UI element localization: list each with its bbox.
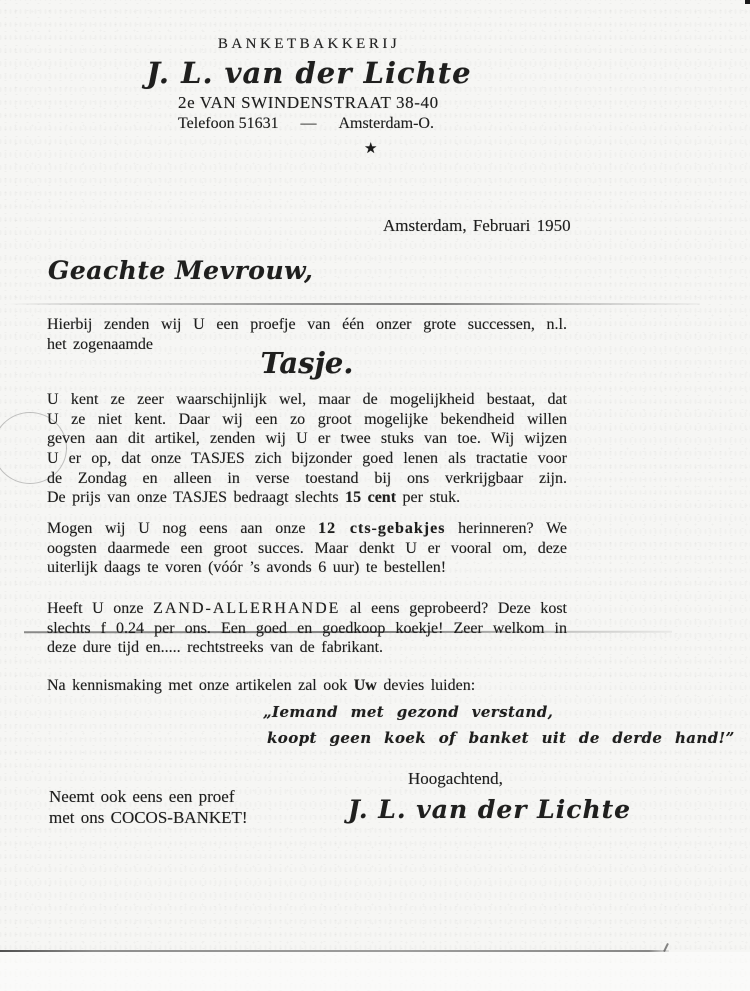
tasje-price-line: De prijs van onze TASJES bedraagt slecht… — [47, 488, 567, 508]
date-line: Amsterdam, Februari 1950 — [383, 216, 571, 236]
zand-line: deze dure tijd en..... rechtstreeks van … — [47, 638, 567, 658]
closing-left-line: Neemt ook eens een proef — [49, 787, 248, 808]
price-line-text: De prijs van onze TASJES bedraagt slecht… — [47, 489, 345, 506]
signature-script: J. L. van der Lichte — [348, 795, 631, 824]
closing-left-note: Neemt ook eens een proef met ons COCOS-B… — [49, 787, 248, 828]
gebakjes-line: uiterlijk daags te voren (vóór ’s avonds… — [47, 558, 567, 578]
paragraph-zand-allerhande: Heeft U onze ZAND-ALLERHANDE al eens gep… — [47, 599, 567, 658]
fold-crease-line — [8, 303, 700, 305]
paragraph-tasje-details: U kent ze zeer waarschijnlijk wel, maar … — [47, 390, 567, 508]
zand-line-text: Heeft U onze — [47, 600, 153, 617]
pen-strike-line — [24, 631, 672, 634]
gebakjes-line: Mogen wij U nog eens aan onze 12 cts-geb… — [47, 519, 567, 539]
uw-bold: Uw — [354, 677, 377, 694]
gebakjes-line-text: herinneren? We — [445, 520, 567, 537]
tasje-line: de Zondag en alleen in verse toestand bi… — [47, 469, 567, 489]
paragraph-devies: Na kennismaking met onze artikelen zal o… — [47, 676, 567, 696]
devies-line-text: Na kennismaking met onze artikelen zal o… — [47, 677, 354, 694]
price-bold: 15 cent — [345, 489, 396, 506]
tasje-line: U kent ze zeer waarschijnlijk wel, maar … — [47, 390, 567, 410]
letterhead-street-address: 2e VAN SWINDENSTRAAT 38-40 — [178, 93, 440, 113]
letterhead-phone: Telefoon 51631 — [178, 115, 279, 133]
zand-line-text: al eens geprobeerd? Deze kost — [340, 600, 567, 617]
gebakjes-line: oogsten daarmede een groot succes. Maar … — [47, 539, 567, 559]
scan-background-strip — [0, 952, 750, 991]
valediction: Hoogachtend, — [408, 769, 503, 789]
letterhead-business-type: BANKETBAKKERIJ — [178, 36, 440, 53]
zand-struck-line: slechts f 0.24 per ons. Een goed en goed… — [47, 619, 567, 639]
intro-line: Hierbij zenden wij U een proefje van één… — [47, 315, 567, 335]
letterhead: BANKETBAKKERIJ J. L. van der Lichte 2e V… — [178, 36, 440, 133]
quote-script-line-1: „Iemand met gezond verstand, — [263, 700, 735, 726]
gebakjes-line-text: Mogen wij U nog eens aan onze — [47, 520, 318, 537]
star-icon: ★ — [364, 139, 377, 158]
zand-product-name: ZAND-ALLERHANDE — [153, 600, 340, 617]
product-title-script: Tasje. — [47, 346, 567, 380]
letterhead-phone-line: Telefoon 51631 — Amsterdam-O. — [178, 115, 434, 133]
salutation-script: Geachte Mevrouw, — [48, 256, 313, 285]
tasje-line: U ze niet kent. Daar wij een zo groot mo… — [47, 410, 567, 430]
devies-line: Na kennismaking met onze artikelen zal o… — [47, 676, 567, 696]
quote-script-line-2: koopt geen koek of banket uit de derde h… — [267, 726, 735, 752]
zand-line: Heeft U onze ZAND-ALLERHANDE al eens gep… — [47, 599, 567, 619]
scanned-letter-page: BANKETBAKKERIJ J. L. van der Lichte 2e V… — [0, 0, 750, 991]
price-line-text: per stuk. — [396, 489, 460, 506]
letterhead-city: Amsterdam-O. — [338, 115, 434, 133]
gebakjes-bold: 12 cts-gebakjes — [318, 520, 445, 537]
paragraph-gebakjes: Mogen wij U nog eens aan onze 12 cts-geb… — [47, 519, 567, 578]
tasje-line: U er op, dat onze TASJES zich bijzonder … — [47, 449, 567, 469]
quote-block: „Iemand met gezond verstand, koopt geen … — [263, 700, 735, 751]
devies-line-text: devies luiden: — [377, 677, 475, 694]
scanner-corner-mark — [745, 0, 750, 4]
tasje-line: geven aan dit artikel, zenden wij U er t… — [47, 429, 567, 449]
letterhead-phone-separator: — — [301, 115, 317, 133]
closing-left-line: met ons COCOS-BANKET! — [49, 808, 248, 829]
letterhead-owner-script: J. L. van der Lichte — [139, 56, 479, 90]
